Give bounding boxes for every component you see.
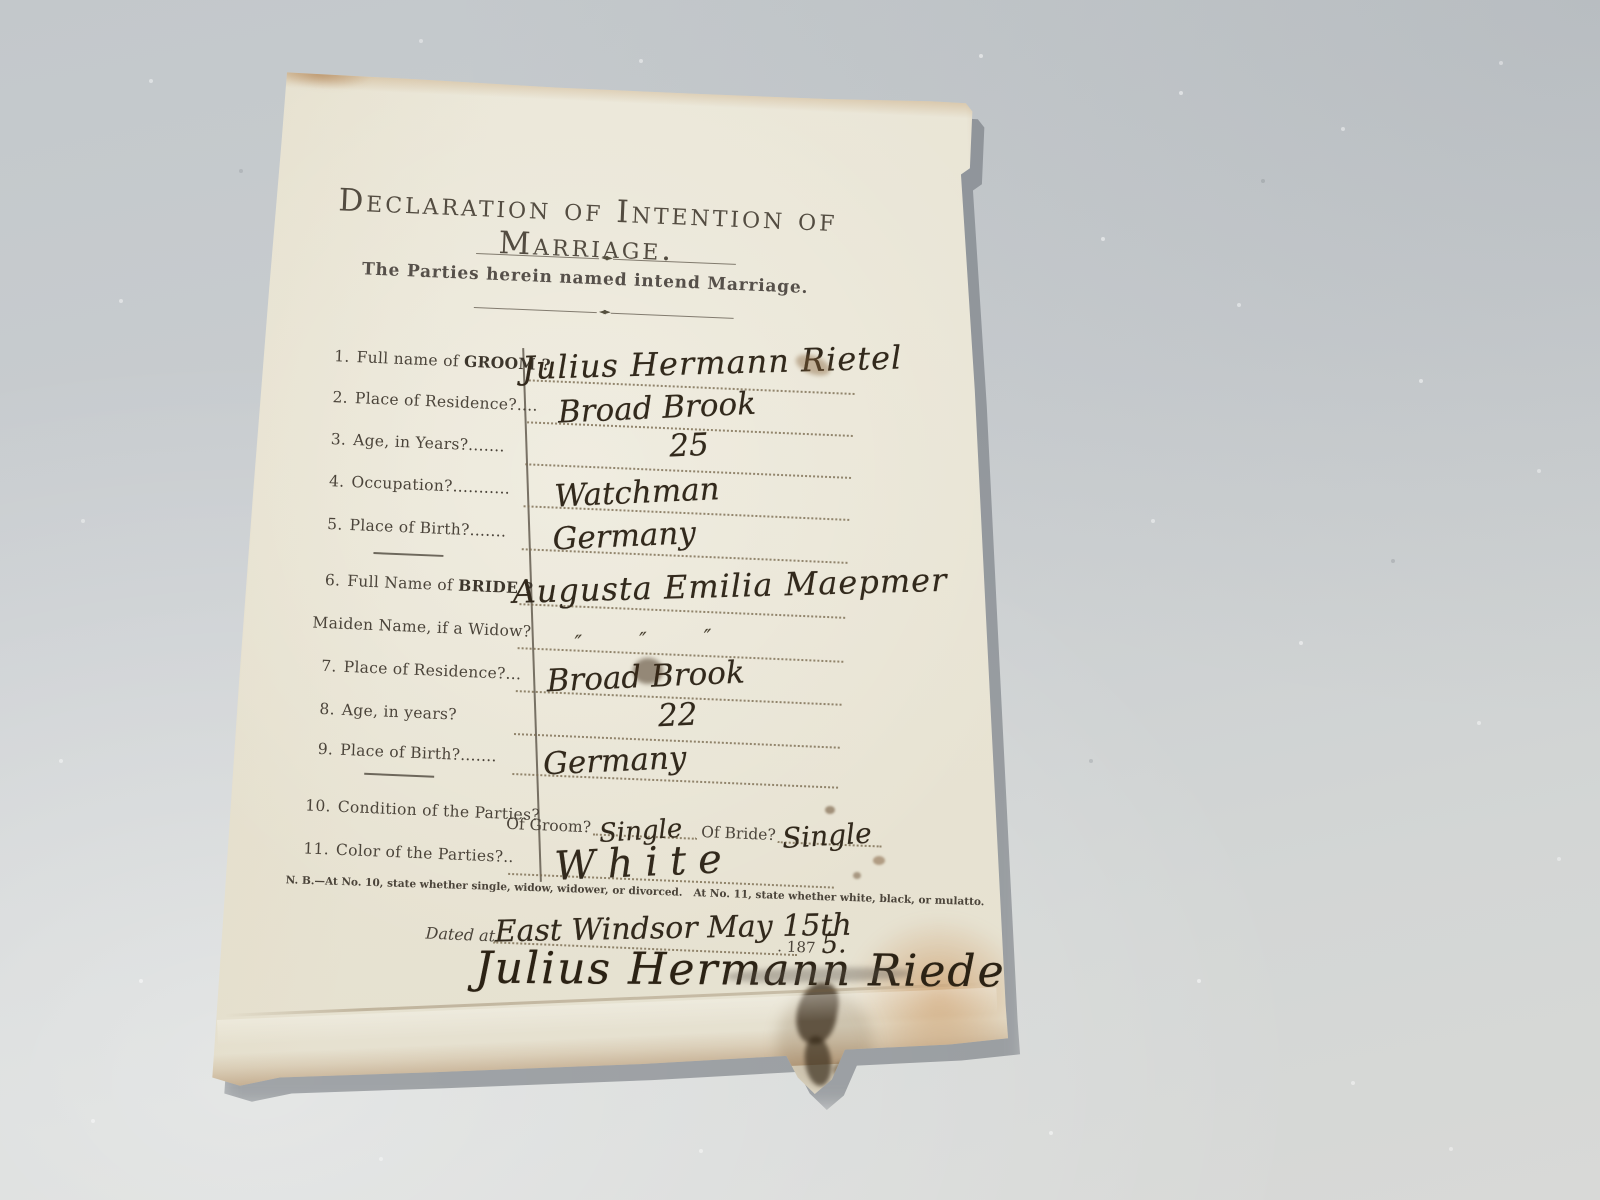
question-text: Maiden Name, if a Widow?: [312, 614, 532, 641]
question-text-bold: BRIDE: [458, 576, 519, 597]
question-label: 10.Condition of the Parties?: [304, 796, 501, 822]
ornament-line: [474, 306, 597, 312]
question-label: 2.Place of Residence?....: [322, 388, 519, 414]
question-text: Full Name of: [347, 572, 459, 595]
handwritten-answer: Broad Brook: [546, 654, 746, 699]
question-label: Maiden Name, if a Widow?: [312, 614, 509, 640]
question-text: Age, in years?: [342, 701, 458, 724]
question-number: 11.: [303, 839, 330, 858]
question-number: 8.: [309, 699, 336, 718]
question-number: 4.: [318, 472, 345, 491]
question-label: 8.Age, in years?: [309, 699, 506, 725]
handwritten-answer: White: [553, 836, 734, 890]
ornament-line: [611, 312, 734, 318]
question-text: Place of Residence?...: [343, 658, 521, 683]
section-divider: [373, 552, 443, 557]
paper-edge-toning-left: [184, 58, 290, 1102]
paper-edge-toning-top: [261, 52, 1052, 130]
paper-corner-stain-top-left: [270, 57, 372, 92]
question-number: 3.: [320, 430, 347, 449]
handwritten-answer: Germany: [552, 515, 697, 557]
question-label: 1.Full name of GROOM ?: [323, 346, 520, 373]
ornament-line: [476, 253, 599, 259]
question-text: Place of Residence?....: [355, 389, 539, 415]
question-label: 9.Place of Birth?.......: [307, 739, 504, 765]
form-content: Declaration of Intention of Marriage. ◄►…: [272, 157, 910, 1091]
question-label: 3.Age, in Years?.......: [320, 430, 517, 456]
document-paper: Declaration of Intention of Marriage. ◄►…: [205, 62, 1017, 1094]
question-label: 4.Occupation?...........: [318, 472, 515, 498]
double-arrow-ornament-icon: ◄►: [597, 307, 611, 318]
question-label: 11.Color of the Parties?..: [303, 839, 500, 865]
question-label: 7.Place of Residence?...: [310, 656, 507, 682]
question-number: 6.: [314, 571, 341, 590]
handwritten-answer: Germany: [542, 740, 687, 782]
wall-texture-specks: [0, 0, 2, 2]
handwritten-answer: Watchman: [554, 471, 721, 514]
photo-scene: Declaration of Intention of Marriage. ◄►…: [0, 0, 1600, 1200]
question-label: 5.Place of Birth?.......: [316, 515, 513, 541]
question-text: Place of Birth?.......: [340, 741, 497, 766]
bride-condition-segment: Single: [775, 810, 887, 853]
question-number: 10.: [304, 796, 331, 815]
question-text: Full name of: [356, 348, 464, 370]
question-number: 2.: [322, 388, 349, 407]
question-number: 7.: [310, 656, 337, 675]
handwritten-answer: Broad Brook: [557, 386, 757, 431]
question-label: 6.Full Name of BRIDE ?: [314, 570, 511, 597]
question-text: Occupation?...........: [351, 473, 510, 498]
question-text: Age, in Years?.......: [353, 431, 505, 455]
handwritten-ditto-marks: ″ ″ ″: [574, 624, 712, 654]
ornament-line: [613, 258, 736, 264]
ornament-divider-bottom: ◄►: [474, 302, 734, 323]
question-number: 5.: [316, 515, 343, 534]
of-groom-label: Of Groom?: [506, 815, 592, 841]
handwritten-answer: Julius Hermann Rietel: [521, 338, 902, 387]
question-number: 9.: [307, 739, 334, 758]
question-text: Place of Birth?.......: [349, 516, 506, 541]
question-number: 1.: [323, 347, 350, 366]
double-arrow-ornament-icon: ◄►: [599, 253, 613, 264]
handwritten-answer: Augusta Emilia Maepmer: [512, 561, 948, 611]
question-text: Color of the Parties?..: [336, 841, 514, 866]
